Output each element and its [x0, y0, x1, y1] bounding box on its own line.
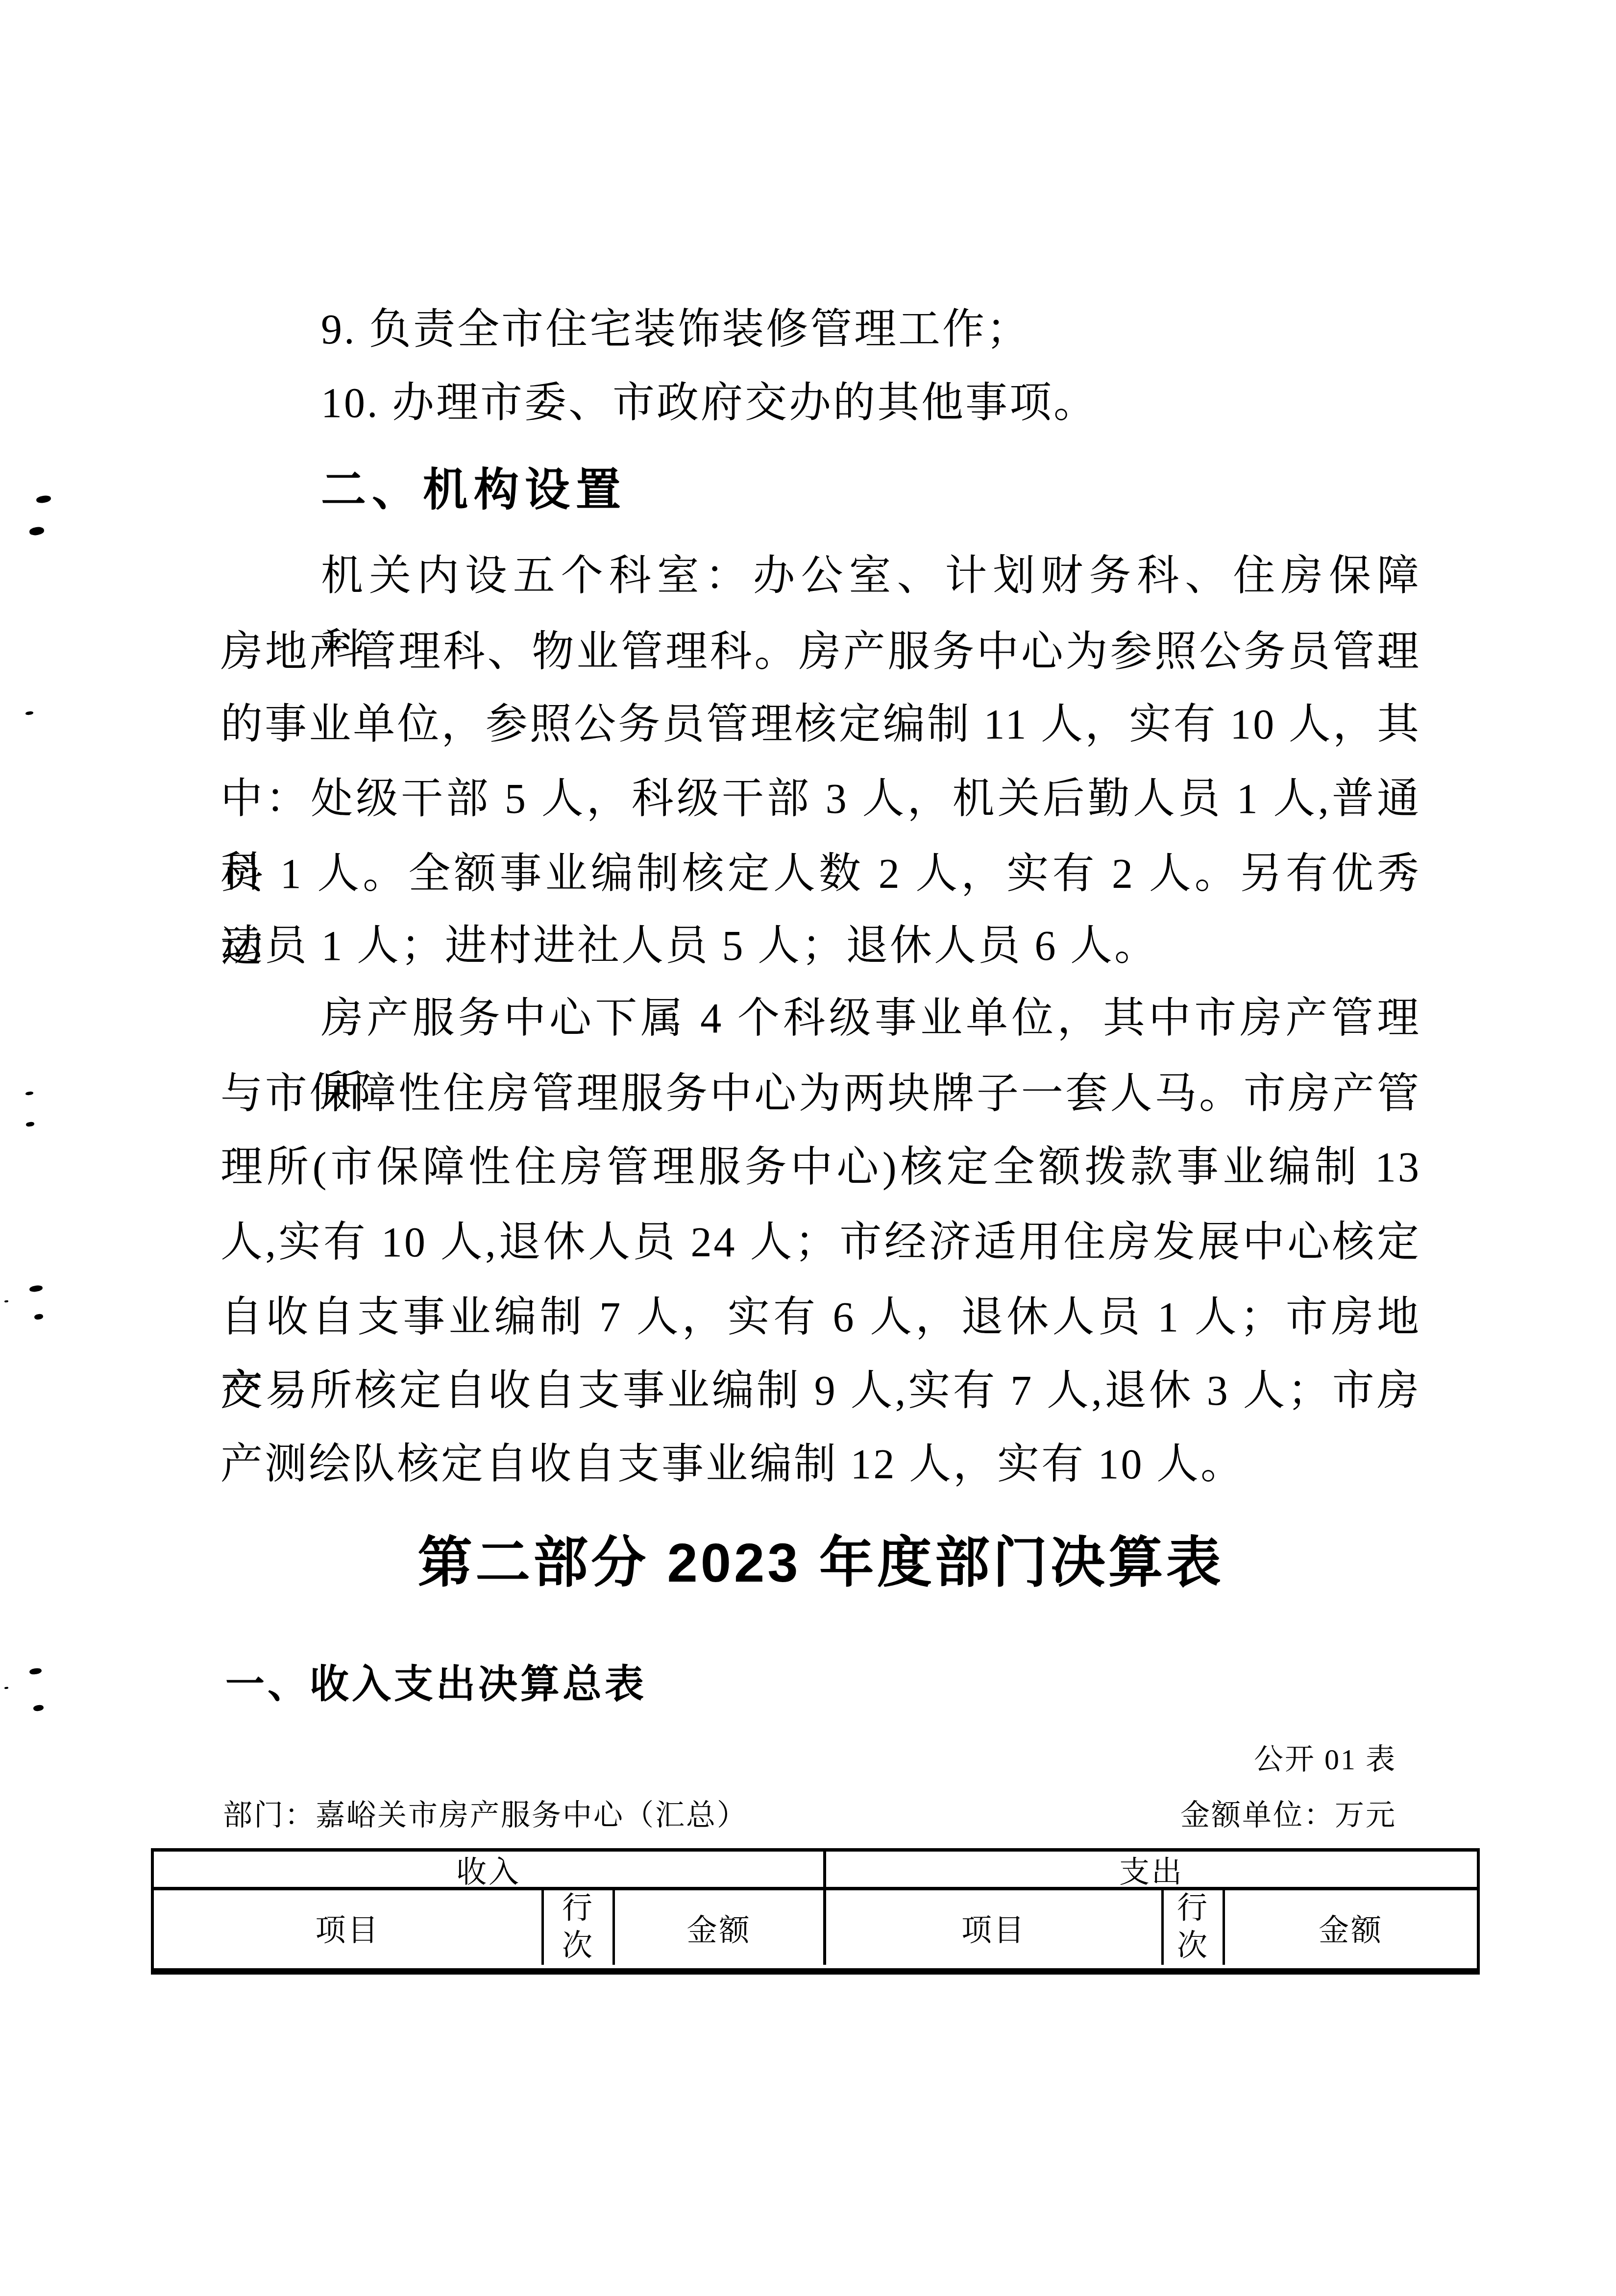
- paragraph-line: 的事业单位，参照公务员管理核定编制 11 人，实有 10 人，其: [220, 687, 1421, 761]
- paragraph-line: 人,实有 10 人,退休人员 24 人；市经济适用住房发展中心核定: [220, 1205, 1421, 1279]
- line-no-text: 行次: [562, 1890, 594, 1966]
- expenditure-line-no-header: 行次: [1161, 1890, 1223, 1965]
- scan-speck: [29, 526, 45, 536]
- line-no-text: 行次: [1177, 1890, 1209, 1966]
- sheet-number-label: 公开 01 表: [1254, 1733, 1396, 1786]
- scan-speck: [29, 1285, 43, 1293]
- paragraph-line: 理所(市保障性住房管理服务中心)核定全额拨款事业编制 13: [220, 1130, 1421, 1204]
- expenditure-amount-header: 金额: [1223, 1890, 1477, 1965]
- scan-speck: [25, 1091, 34, 1096]
- expenditure-item-header: 项目: [823, 1890, 1161, 1965]
- scan-speck: [25, 1122, 34, 1127]
- paragraph-line: 动员 1 人；进村进社人员 5 人；退休人员 6 人。: [220, 909, 1421, 982]
- expenditure-group-header: 支出: [826, 1852, 1477, 1887]
- income-group-header: 收入: [154, 1852, 826, 1887]
- scan-speck: [4, 1300, 8, 1302]
- scan-speck: [29, 1667, 42, 1675]
- income-item-header: 项目: [154, 1890, 541, 1965]
- paragraph-line: 房地产管理科、物业管理科。房产服务中心为参照公务员管理: [220, 615, 1421, 688]
- scan-speck: [34, 1314, 43, 1320]
- amount-unit-label: 金额单位：万元: [1180, 1788, 1396, 1842]
- document-page: 9. 负责全市住宅装饰装修管理工作； 10. 办理市委、市政府交办的其他事项。 …: [0, 0, 1616, 2296]
- department-label: 部门：嘉峪关市房产服务中心（汇总）: [223, 1788, 748, 1842]
- table-section-heading: 一、收入支出决算总表: [225, 1647, 647, 1721]
- list-item-10: 10. 办理市委、市政府交办的其他事项。: [321, 366, 1421, 440]
- table-group-header-row: 收入 支出: [154, 1852, 1477, 1890]
- income-amount-header: 金额: [612, 1890, 823, 1965]
- paragraph-line: 产测绘队核定自收自支事业编制 12 人，实有 10 人。: [220, 1427, 1421, 1501]
- scan-speck: [4, 1686, 8, 1689]
- table-column-header-row: 项目 行次 金额 项目 行次 金额: [154, 1890, 1477, 1965]
- income-line-no-header: 行次: [541, 1890, 612, 1965]
- paragraph-line: 与市保障性住房管理服务中心为两块牌子一套人马。市房产管: [220, 1057, 1421, 1130]
- scan-speck: [25, 711, 34, 715]
- list-item-9: 9. 负责全市住宅装饰装修管理工作；: [321, 293, 1421, 366]
- scan-speck: [33, 1705, 44, 1712]
- section-heading-organization: 二、机构设置: [321, 453, 627, 527]
- paragraph-line: 交易所核定自收自支事业编制 9 人,实有 7 人,退休 3 人；市房: [220, 1354, 1421, 1427]
- part2-title: 第二部分 2023 年度部门决算表: [220, 1521, 1421, 1605]
- income-expenditure-summary-table: 收入 支出 项目 行次 金额 项目 行次 金额: [151, 1848, 1480, 1975]
- scan-speck: [36, 495, 51, 504]
